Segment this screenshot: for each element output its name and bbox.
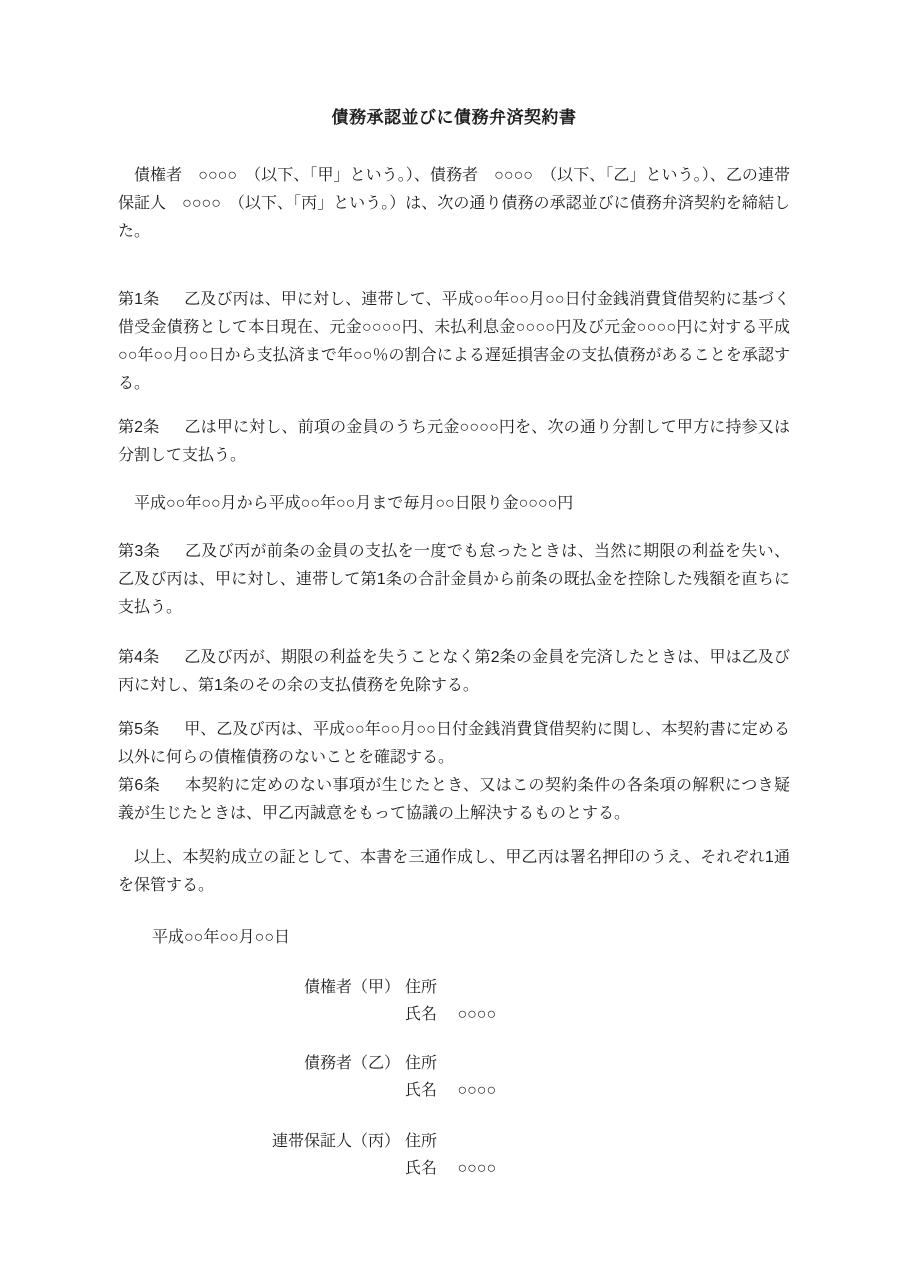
article-6: 第6条本契約に定めのない事項が生じたとき、又はこの契約条件の各条項の解釈につき疑… xyxy=(118,772,790,828)
signature-label-creditor: 債権者（甲） xyxy=(118,974,400,1001)
article-1: 第1条乙及び丙は、甲に対し、連帯して、平成○○年○○月○○日付金銭消費貸借契約に… xyxy=(118,286,790,398)
signature-label-guarantor: 連帯保証人（丙） xyxy=(118,1128,400,1155)
article-6-text: 本契約に定めのない事項が生じたとき、又はこの契約条件の各条項の解釈につき疑義が生… xyxy=(118,777,790,822)
article-2-number: 第2条 xyxy=(118,419,159,436)
article-3-text: 乙及び丙が前条の金員の支払を一度でも怠ったときは、当然に期限の利益を失い、乙及び… xyxy=(118,543,790,616)
article-2: 第2条乙は甲に対し、前項の金員のうち元金○○○○円を、次の通り分割して甲方に持参… xyxy=(118,414,790,470)
article-5-number: 第5条 xyxy=(118,721,159,738)
intro-paragraph: 債権者 ○○○○ （以下、「甲」という。）、債務者 ○○○○ （以下、「乙」とい… xyxy=(118,162,790,246)
article-1-number: 第1条 xyxy=(118,291,159,308)
closing-paragraph: 以上、本契約成立の証として、本書を三通作成し、甲乙丙は署名押印のうえ、それぞれ1… xyxy=(118,844,790,900)
article-4-text: 乙及び丙が、期限の利益を失うことなく第2条の金員を完済したときは、甲は乙及び丙に… xyxy=(118,649,790,694)
article-3: 第3条乙及び丙が前条の金員の支払を一度でも怠ったときは、当然に期限の利益を失い、… xyxy=(118,538,790,622)
name-line: 氏名 ○○○○ xyxy=(400,1001,790,1028)
date-line: 平成○○年○○月○○日 xyxy=(152,924,790,952)
article-4-number: 第4条 xyxy=(118,649,159,666)
name-line: 氏名 ○○○○ xyxy=(400,1155,790,1182)
document-title: 債務承認並びに債務弁済契約書 xyxy=(118,106,790,130)
signature-label-spacer xyxy=(118,1077,400,1104)
address-label: 住所 xyxy=(400,974,790,1001)
article-5-text: 甲、乙及び丙は、平成○○年○○月○○日付金銭消費貸借契約に関し、本契約書に定める… xyxy=(118,721,790,766)
name-line: 氏名 ○○○○ xyxy=(400,1077,790,1104)
document-page: 債務承認並びに債務弁済契約書 債権者 ○○○○ （以下、「甲」という。）、債務者… xyxy=(0,0,905,1280)
article-6-number: 第6条 xyxy=(118,777,160,794)
address-label: 住所 xyxy=(400,1128,790,1155)
signature-label-debtor: 債務者（乙） xyxy=(118,1050,400,1077)
signature-label-spacer xyxy=(118,1001,400,1028)
article-5: 第5条甲、乙及び丙は、平成○○年○○月○○日付金銭消費貸借契約に関し、本契約書に… xyxy=(118,716,790,772)
address-label: 住所 xyxy=(400,1050,790,1077)
article-4: 第4条乙及び丙が、期限の利益を失うことなく第2条の金員を完済したときは、甲は乙及… xyxy=(118,644,790,700)
article-1-text: 乙及び丙は、甲に対し、連帯して、平成○○年○○月○○日付金銭消費貸借契約に基づく… xyxy=(118,291,790,392)
article-3-number: 第3条 xyxy=(118,543,160,560)
signature-block-creditor: 債権者（甲） 住所 氏名 ○○○○ xyxy=(118,974,790,1028)
signature-label-spacer xyxy=(118,1155,400,1182)
signature-block-guarantor: 連帯保証人（丙） 住所 氏名 ○○○○ xyxy=(118,1128,790,1182)
payment-schedule-line: 平成○○年○○月から平成○○年○○月まで毎月○○日限り金○○○○円 xyxy=(118,490,790,518)
signature-block-debtor: 債務者（乙） 住所 氏名 ○○○○ xyxy=(118,1050,790,1104)
article-2-text: 乙は甲に対し、前項の金員のうち元金○○○○円を、次の通り分割して甲方に持参又は分… xyxy=(118,419,790,464)
